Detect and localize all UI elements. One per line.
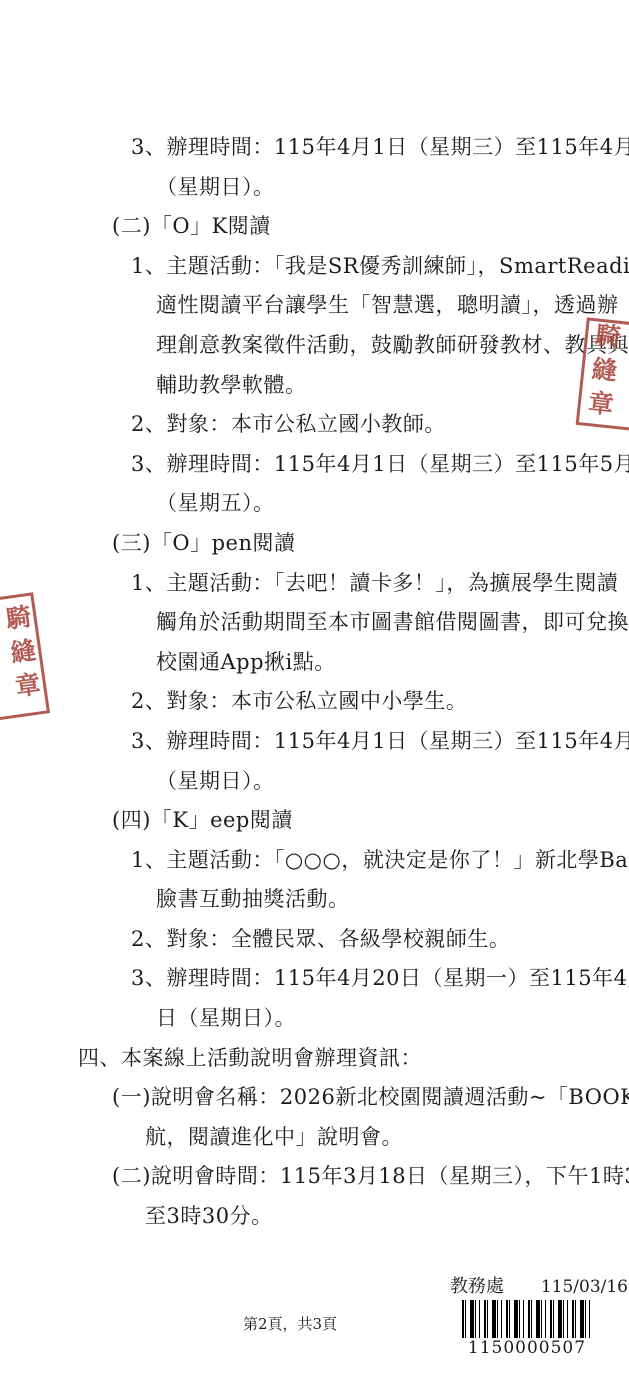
doc-line: (三)「O」pen閱讀 (0, 524, 629, 564)
doc-line: 3、辦理時間：115年4月20日（星期一）至115年4月26 (0, 959, 629, 999)
doc-line: 臉書互動抽獎活動。 (0, 880, 629, 920)
doc-line: 2、對象：全體民眾、各級學校親師生。 (0, 920, 629, 960)
doc-line: (二)「O」K閱讀 (0, 207, 629, 247)
doc-line: 理創意教案徵件活動，鼓勵教師研發教材、教具與 (0, 326, 629, 366)
doc-line: 2、對象：本市公私立國中小學生。 (0, 682, 629, 722)
page-number-footer: 第2頁，共3頁 (0, 1313, 580, 1334)
doc-line: 至3時30分。 (0, 1197, 629, 1237)
doc-line: 四、本案線上活動說明會辦理資訊： (0, 1039, 629, 1079)
riding-seal-right-text: 騎縫章 (585, 321, 621, 425)
document-page: 3、辦理時間：115年4月1日（星期三）至115年4月26日 （星期日）。 (二… (0, 0, 629, 1392)
doc-line: 2、對象：本市公私立國小教師。 (0, 405, 629, 445)
doc-line: 航，閱讀進化中」說明會。 (0, 1118, 629, 1158)
doc-line: （星期日）。 (0, 168, 629, 208)
doc-line: 輔助教學軟體。 (0, 366, 629, 406)
stamp-date: 115/03/16 (541, 1277, 628, 1297)
doc-line: 觸角於活動期間至本市圖書館借閱圖書，即可兌換 (0, 603, 629, 643)
receipt-stamp-header: 教務處 115/03/16 (450, 1272, 628, 1298)
doc-line: 1、主題活動：「我是SR優秀訓練師」，SmartReading (0, 247, 629, 287)
doc-line: 適性閱讀平台讓學生「智慧選，聰明讀」，透過辦 (0, 286, 629, 326)
riding-seal-left-text: 騎縫章 (3, 603, 42, 707)
doc-line: 3、辦理時間：115年4月1日（星期三）至115年4月26日 (0, 722, 629, 762)
doc-line: (一)說明會名稱：2026新北校園閱讀週活動~「BOOK夢啟 (0, 1078, 629, 1118)
barcode-number: 1150000507 (450, 1338, 604, 1358)
doc-line: （星期日）。 (0, 762, 629, 802)
doc-line: 日（星期日）。 (0, 999, 629, 1039)
doc-line: 1、主題活動：「○○○，就決定是你了！」新北學Bar (0, 841, 629, 881)
doc-line: 校園通App揪i點。 (0, 643, 629, 683)
doc-line: 1、主題活動：「去吧！讀卡多！」，為擴展學生閱讀 (0, 564, 629, 604)
department-label: 教務處 (450, 1272, 504, 1298)
doc-line: （星期五）。 (0, 484, 629, 524)
doc-line: 3、辦理時間：115年4月1日（星期三）至115年5月15日 (0, 445, 629, 485)
doc-line: (四)「K」eep閱讀 (0, 801, 629, 841)
document-body: 3、辦理時間：115年4月1日（星期三）至115年4月26日 （星期日）。 (二… (0, 128, 629, 1237)
doc-line: 3、辦理時間：115年4月1日（星期三）至115年4月26日 (0, 128, 629, 168)
doc-line: (二)說明會時間：115年3月18日（星期三），下午1時30分 (0, 1157, 629, 1197)
